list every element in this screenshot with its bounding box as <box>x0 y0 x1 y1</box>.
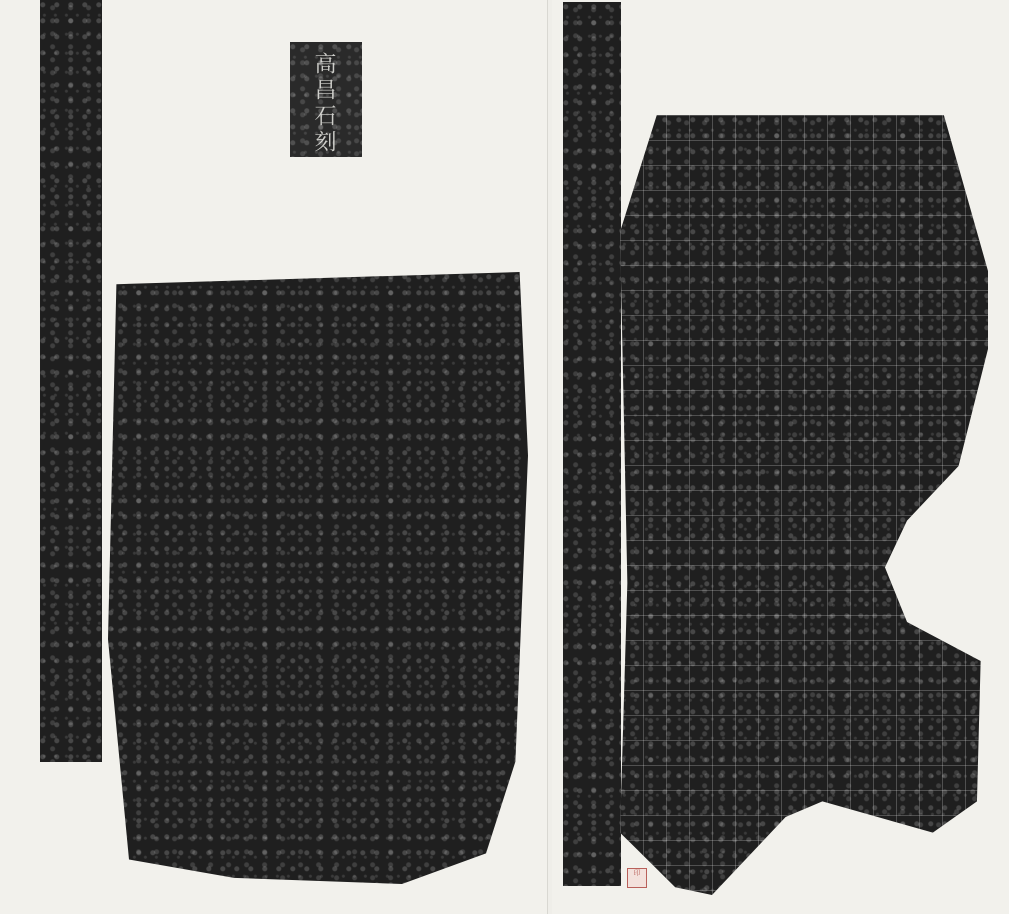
left-main-rubbing <box>108 272 528 884</box>
title-label-text: 高昌石刻 <box>312 52 334 156</box>
left-vertical-strip-rubbing <box>40 0 102 762</box>
collector-seal: 印 <box>627 868 647 888</box>
title-label-rubbing: 高昌石刻 <box>290 42 362 157</box>
right-vertical-strip-rubbing <box>563 2 621 886</box>
